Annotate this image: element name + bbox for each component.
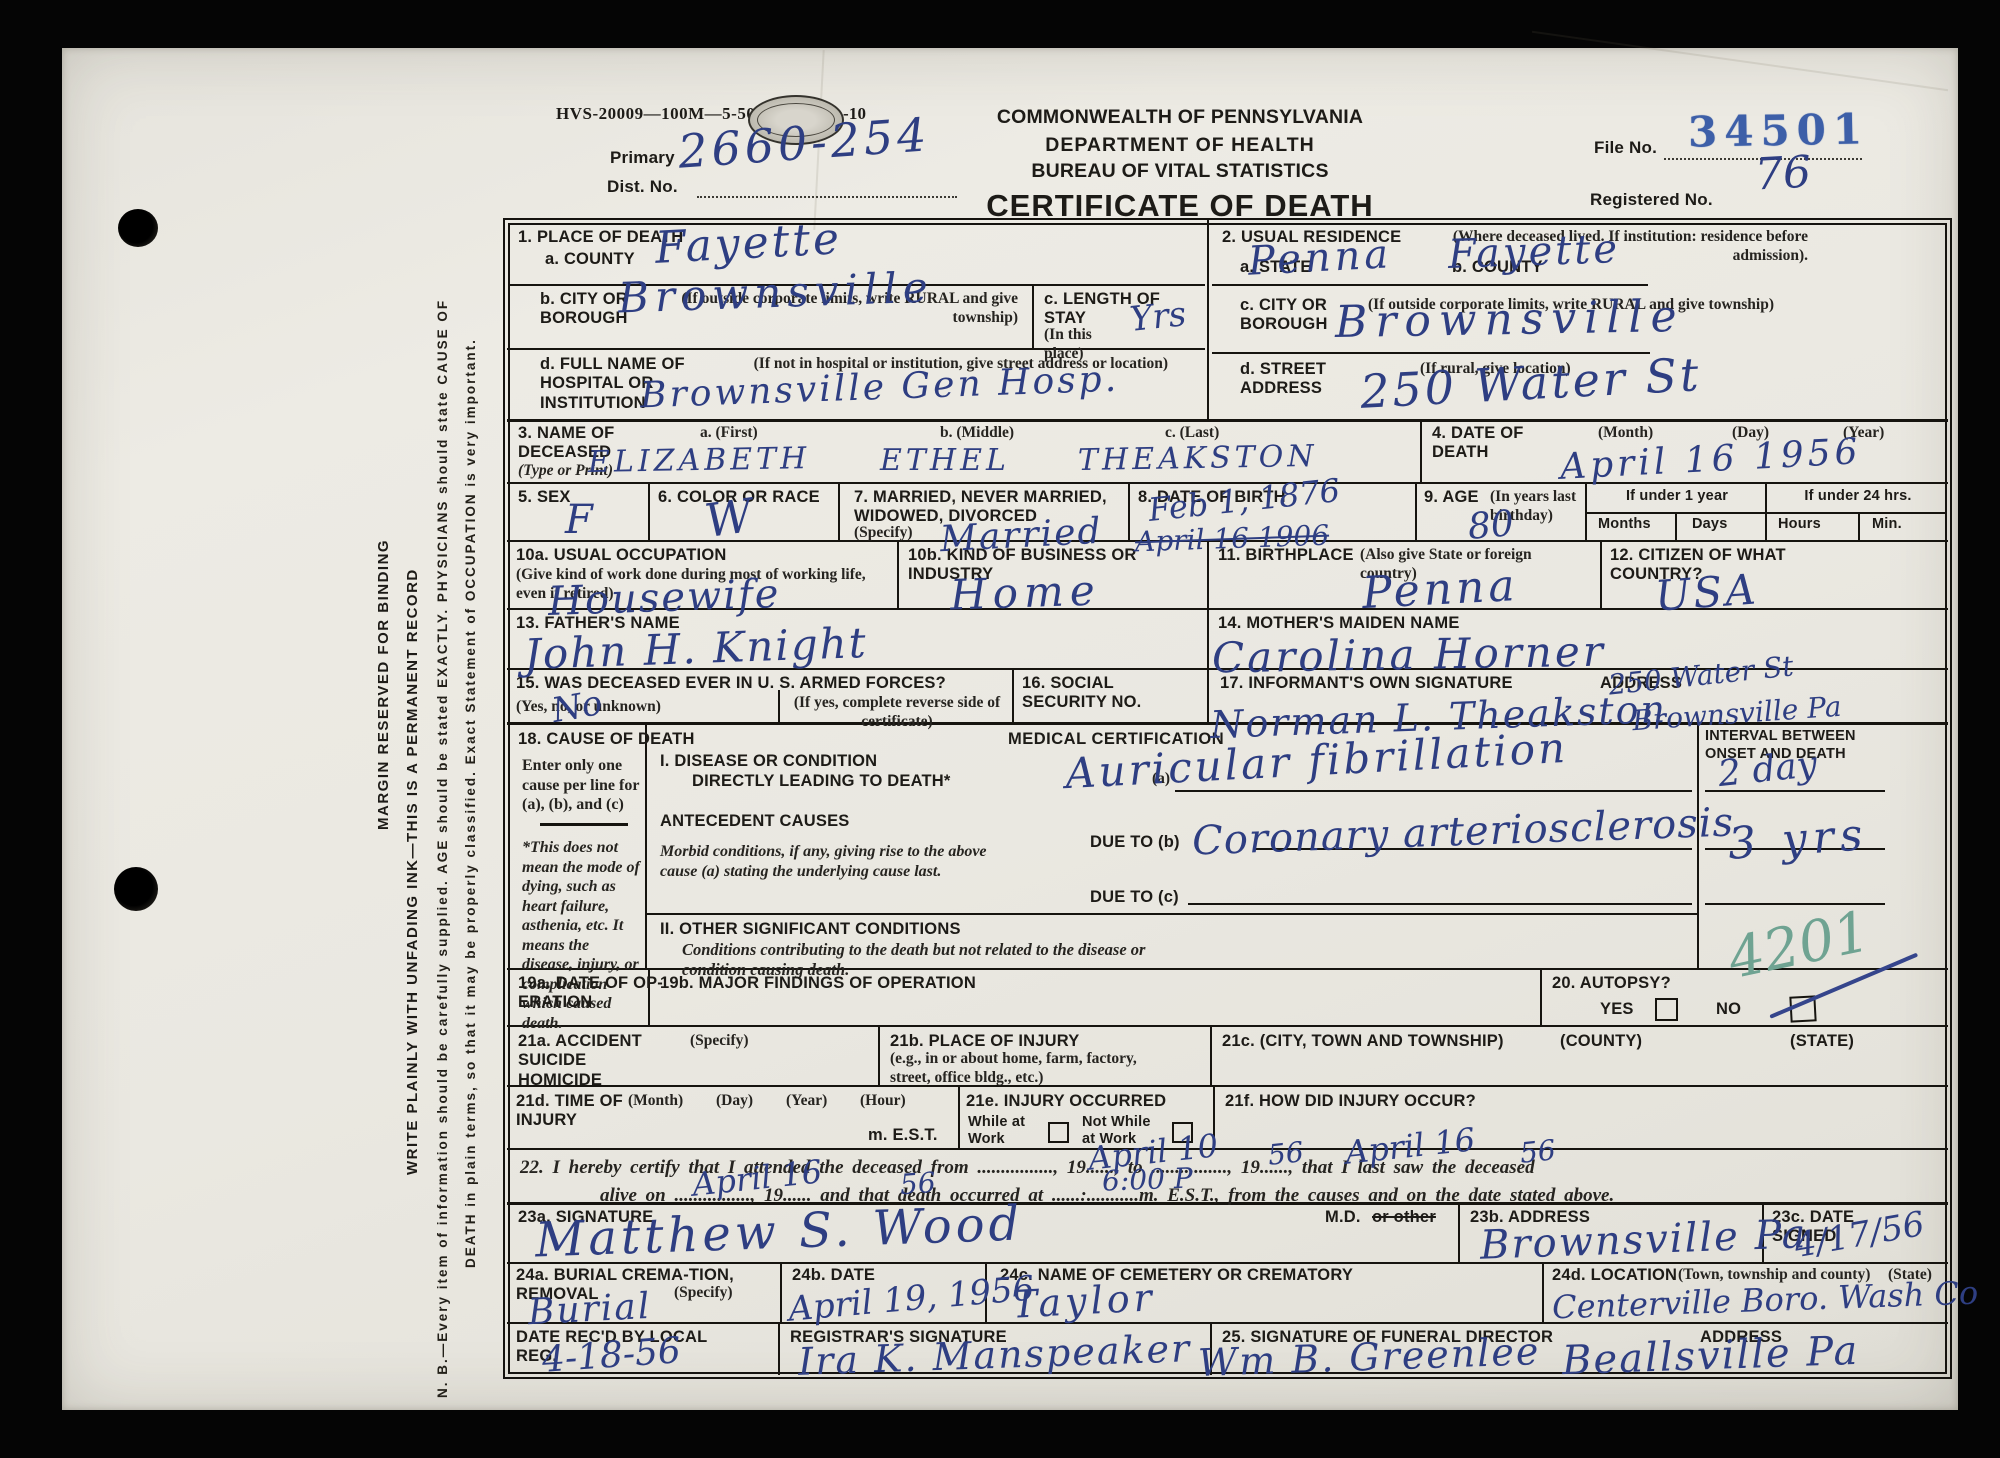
primary-label: Primary (610, 148, 675, 168)
punch-hole (114, 867, 158, 911)
rule (507, 419, 1948, 422)
marital-status-hint: (Specify) (854, 524, 913, 543)
accident-specify-hint: (Specify) (690, 1032, 749, 1051)
age-label: 9. AGE (1424, 488, 1479, 507)
county-label: a. COUNTY (545, 250, 635, 269)
time-of-injury-label: 21d. TIME OF INJURY (516, 1092, 626, 1131)
autopsy-yes-label: YES (1600, 1000, 1634, 1019)
rule (645, 722, 647, 968)
while-at-work-label: While at Work (968, 1114, 1040, 1148)
margin-note-permanent-record: WRITE PLAINLY WITH UNFADING INK—THIS IS … (404, 568, 424, 1175)
registered-no-label: Registered No. (1590, 190, 1713, 210)
street-address-label: d. STREET ADDRESS (1240, 360, 1370, 399)
funeral-director-address-value: Beallsville Pa (1561, 1331, 1860, 1381)
rule (1765, 482, 1767, 540)
bureau-line: BUREAU OF VITAL STATISTICS (960, 160, 1400, 183)
punch-hole (118, 209, 158, 247)
rule (507, 1262, 1948, 1264)
birthplace-value: Penna (1361, 564, 1520, 616)
last-name-value: THEAKSTON (1078, 442, 1318, 476)
rule (1012, 668, 1014, 722)
rule (507, 1148, 1948, 1150)
rule (1600, 540, 1602, 608)
injury-hour-label: (Hour) (860, 1092, 906, 1111)
rule (897, 540, 899, 608)
other-conditions-label: II. OTHER SIGNIFICANT CONDITIONS (660, 920, 961, 939)
rule (780, 1262, 782, 1322)
fathers-name-value: John H. Knight (523, 622, 868, 676)
rule (1128, 482, 1130, 540)
due-to-c-label: DUE TO (c) (1090, 888, 1179, 907)
rule (1540, 968, 1542, 1025)
injury-month-label: (Month) (628, 1092, 683, 1111)
first-name-label: a. (First) (700, 424, 758, 443)
date-of-death-label: 4. DATE OF DEATH (1432, 424, 1542, 463)
days-label: Days (1692, 516, 1727, 533)
rule (1415, 482, 1417, 540)
date-of-death-month: (Month) (1598, 424, 1653, 443)
citizen-value: USA (1654, 568, 1760, 617)
md-or-other-label: or other (1372, 1208, 1436, 1227)
place-of-injury-hint: (e.g., in or about home, farm, factory, … (890, 1050, 1180, 1088)
dist-no-label: Dist. No. (607, 177, 678, 197)
autopsy-label: 20. AUTOPSY? (1552, 974, 1671, 993)
rule (507, 1025, 1948, 1027)
occupation-value: Housewife (547, 574, 781, 622)
interval-a-value: 2 day (1716, 747, 1818, 793)
rule (1420, 419, 1422, 482)
middle-name-value: ETHEL (880, 446, 1010, 476)
date-of-operation-label: 19a. DATE OF OP-ERATION (518, 974, 668, 1013)
last-alive-year: 56 (899, 1169, 937, 1199)
department-line: DEPARTMENT OF HEALTH (960, 134, 1400, 157)
cemetery-value: Taylor (1011, 1278, 1157, 1323)
injury-city-label: 21c. (CITY, TOWN AND TOWNSHIP) (1222, 1032, 1504, 1051)
rule (1032, 284, 1034, 348)
residence-county-value: Fayette (1447, 229, 1620, 275)
injury-state-label: (STATE) (1790, 1032, 1854, 1051)
injury-county-label: (COUNTY) (1560, 1032, 1642, 1051)
color-race-value: W (702, 492, 755, 544)
cause-note-1: Enter only one cause per line for (a), (… (522, 756, 640, 815)
morbid-conditions-note: Morbid conditions, if any, giving rise t… (660, 842, 990, 881)
rule (778, 690, 780, 722)
attended-from-year: 56 (1267, 1138, 1305, 1170)
ssn-label: 16. SOCIAL SECURITY NO. (1022, 674, 1192, 713)
county-value: Fayette (654, 217, 843, 271)
burial-specify-hint: (Specify) (674, 1284, 733, 1303)
interval-b-value: 3 yrs (1727, 813, 1870, 867)
rule (648, 482, 650, 540)
residence-city-value: Brownsville (1335, 295, 1685, 345)
under-24-hrs-label: If under 24 hrs. (1772, 488, 1944, 505)
marital-status-value: Married (939, 514, 1103, 558)
rule (1207, 220, 1209, 420)
disease-condition-label-1: I. DISEASE OR CONDITION (660, 752, 877, 771)
accident-suicide-homicide-label: 21a. ACCIDENT SUICIDE HOMICIDE (518, 1032, 648, 1090)
registered-no-value: 76 (1754, 151, 1812, 198)
commonwealth-line: COMMONWEALTH OF PENNSYLVANIA (960, 106, 1400, 129)
attended-to-year: 56 (1519, 1136, 1557, 1168)
state-value: Penna (1247, 234, 1393, 281)
rule (958, 1085, 960, 1148)
rule (1212, 284, 1648, 286)
margin-note-binding: MARGIN RESERVED FOR BINDING (375, 539, 395, 830)
rule (1188, 903, 1692, 905)
antecedent-causes-label: ANTECEDENT CAUSES (660, 812, 850, 831)
industry-value: Home (949, 569, 1101, 616)
rule (507, 1322, 1948, 1324)
margin-note-nb-line2: DEATH in plain terms, so that it may be … (463, 338, 481, 1268)
rule (540, 823, 628, 826)
months-label: Months (1598, 516, 1651, 533)
rule (1675, 512, 1677, 540)
file-no-label: File No. (1594, 138, 1657, 158)
rule (1207, 668, 1209, 722)
physician-address-value: Brownsville Pa (1479, 1214, 1808, 1265)
age-value: 80 (1467, 506, 1516, 546)
cause-of-death-label: 18. CAUSE OF DEATH (518, 730, 695, 749)
injury-est-label: m. E.S.T. (868, 1126, 938, 1145)
funeral-director-value: Wm B. Greenlee (1197, 1332, 1540, 1382)
rule (1175, 790, 1692, 792)
injury-day-label: (Day) (716, 1092, 753, 1111)
date-received-value: 4-18-56 (541, 1333, 682, 1379)
min-label: Min. (1872, 516, 1902, 533)
mothers-maiden-name-value: Carolina Horner (1212, 631, 1607, 680)
rule (1542, 1262, 1544, 1322)
length-of-stay-value: Yrs (1128, 297, 1187, 337)
rule (1210, 1025, 1212, 1085)
injury-year-label: (Year) (786, 1092, 827, 1111)
burial-value: Burial (527, 1289, 652, 1331)
city-borough-value: Brownsville (617, 267, 934, 320)
margin-note-nb-line1: N. B.—Every item of information should b… (435, 299, 453, 1398)
autopsy-no-label: NO (1716, 1000, 1741, 1019)
place-of-injury-label: 21b. PLACE OF INJURY (890, 1032, 1080, 1051)
middle-name-label: b. (Middle) (940, 424, 1014, 443)
disease-condition-label-2: DIRECTLY LEADING TO DEATH* (692, 772, 951, 791)
how-injury-occurred-label: 21f. HOW DID INJURY OCCUR? (1225, 1092, 1476, 1111)
date-of-birth-crossed-out: April 16 1906 (1135, 522, 1330, 557)
md-label: M.D. (1325, 1208, 1361, 1227)
armed-forces-hint2: (If yes, complete reverse side of certif… (792, 694, 1002, 732)
due-to-b-label: DUE TO (b) (1090, 833, 1180, 852)
rule (878, 1025, 880, 1085)
rule (778, 1322, 780, 1375)
rule (645, 913, 1697, 915)
sex-value: F (565, 500, 593, 540)
under-1-year-label: If under 1 year (1592, 488, 1762, 505)
while-at-work-checkbox (1048, 1122, 1069, 1143)
death-time-value: 6:00 P (1102, 1164, 1194, 1195)
occupation-label: 10a. USUAL OCCUPATION (516, 546, 726, 565)
rule (1585, 482, 1587, 540)
rule (1858, 512, 1860, 540)
rule (507, 1085, 1948, 1087)
major-findings-label: 19b. MAJOR FINDINGS OF OPERATION (660, 974, 976, 993)
location-label: 24d. LOCATION (1552, 1266, 1677, 1285)
scanned-death-certificate: MARGIN RESERVED FOR BINDING WRITE PLAINL… (0, 0, 2000, 1458)
injury-occurred-label: 21e. INJURY OCCURRED (966, 1092, 1166, 1111)
hours-label: Hours (1778, 516, 1821, 533)
rule (1458, 1202, 1460, 1262)
first-name-value: ELIZABETH (588, 444, 811, 478)
rule (1207, 608, 1209, 668)
armed-forces-value: No (549, 686, 604, 728)
rule (838, 482, 840, 540)
autopsy-yes-checkbox (1655, 998, 1678, 1021)
sex-label: 5. SEX (518, 488, 571, 507)
